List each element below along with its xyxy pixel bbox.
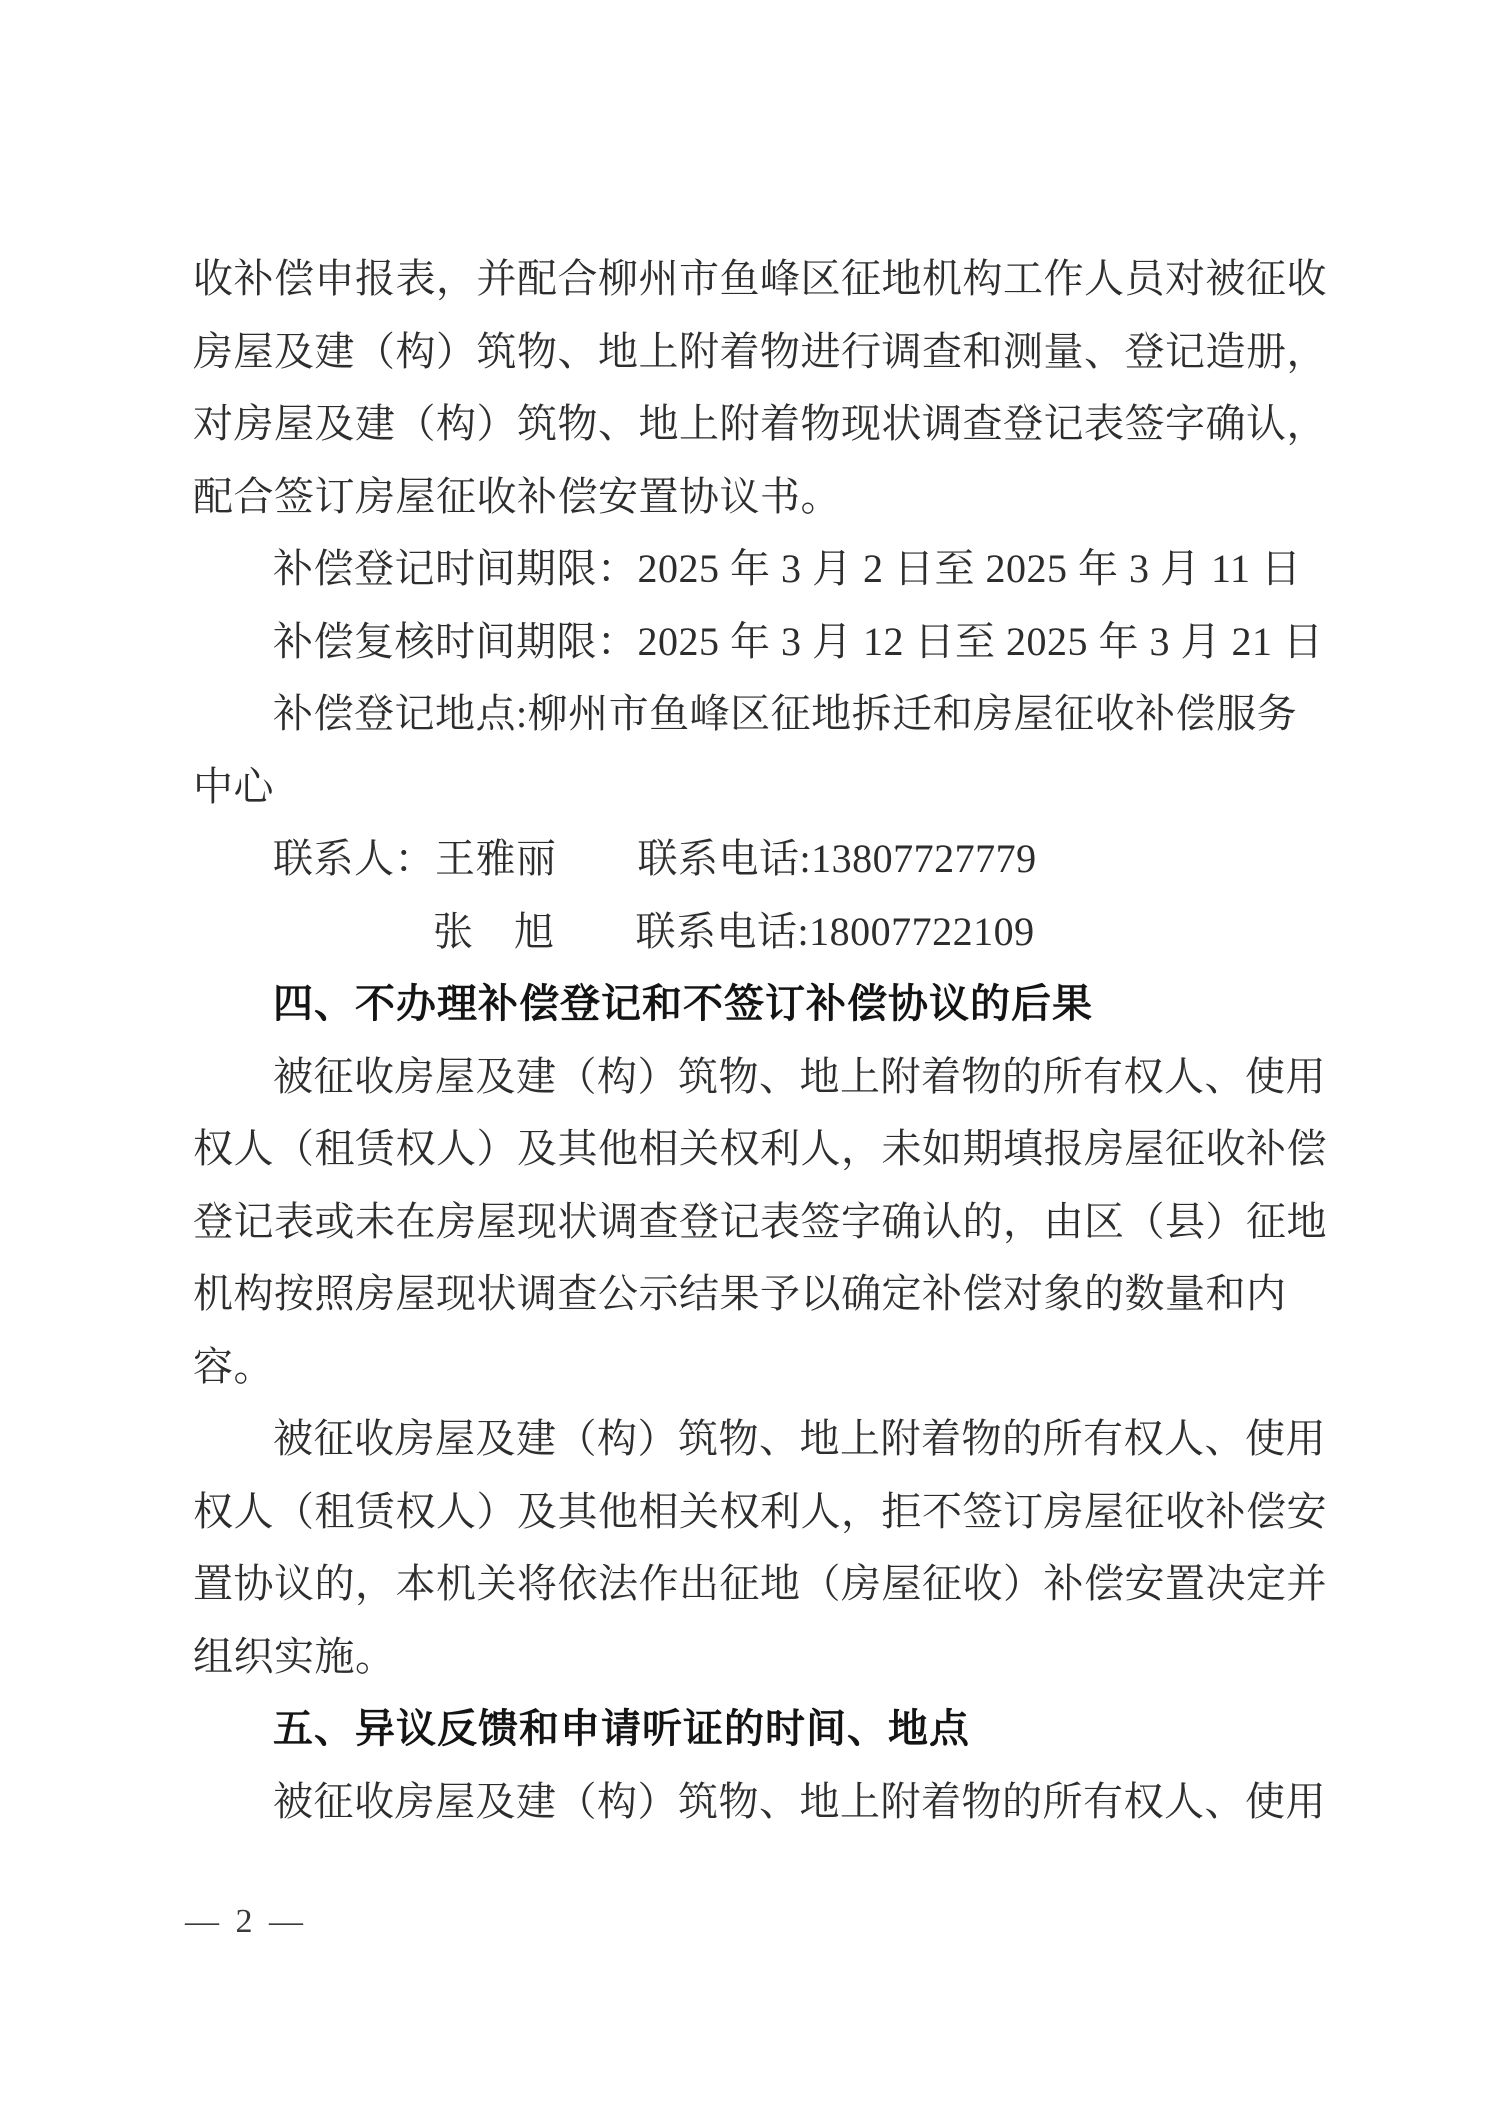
text-line: 机构按照房屋现状调查公示结果予以确定补偿对象的数量和内 [193,1258,1333,1331]
text-line: 权人（租赁权人）及其他相关权利人，未如期填报房屋征收补偿 [193,1113,1333,1186]
section-heading: 五、异议反馈和申请听证的时间、地点 [193,1693,1333,1766]
text-line: 被征收房屋及建（构）筑物、地上附着物的所有权人、使用 [193,1403,1333,1476]
text-line: 联系人：王雅丽 联系电话:13807727779 [193,823,1333,896]
text-line: 登记表或未在房屋现状调查登记表签字确认的，由区（县）征地 [193,1186,1333,1259]
text-line: 补偿复核时间期限：2025 年 3 月 12 日至 2025 年 3 月 21 … [193,606,1333,679]
text-line: 配合签订房屋征收补偿安置协议书。 [193,461,1333,534]
page-number: — 2 — [185,1903,307,1941]
text-line: 容。 [193,1331,1333,1404]
text-line: 置协议的，本机关将依法作出征地（房屋征收）补偿安置决定并 [193,1548,1333,1621]
text-line: 组织实施。 [193,1621,1333,1694]
document-page: 收补偿申报表，并配合柳州市鱼峰区征地机构工作人员对被征收房屋及建（构）筑物、地上… [0,0,1488,2104]
text-line: 张 旭 联系电话:18007722109 [193,896,1333,969]
text-line: 房屋及建（构）筑物、地上附着物进行调查和测量、登记造册， [193,316,1333,389]
text-line: 权人（租赁权人）及其他相关权利人，拒不签订房屋征收补偿安 [193,1476,1333,1549]
text-line: 被征收房屋及建（构）筑物、地上附着物的所有权人、使用 [193,1041,1333,1114]
text-line: 补偿登记地点:柳州市鱼峰区征地拆迁和房屋征收补偿服务 [193,678,1333,751]
text-line: 补偿登记时间期限：2025 年 3 月 2 日至 2025 年 3 月 11 日 [193,533,1333,606]
text-line: 收补偿申报表，并配合柳州市鱼峰区征地机构工作人员对被征收 [193,243,1333,316]
text-line: 中心 [193,751,1333,824]
section-heading: 四、不办理补偿登记和不签订补偿协议的后果 [193,968,1333,1041]
text-line: 对房屋及建（构）筑物、地上附着物现状调查登记表签字确认， [193,388,1333,461]
text-line: 被征收房屋及建（构）筑物、地上附着物的所有权人、使用 [193,1766,1333,1839]
document-body: 收补偿申报表，并配合柳州市鱼峰区征地机构工作人员对被征收房屋及建（构）筑物、地上… [193,243,1333,1838]
